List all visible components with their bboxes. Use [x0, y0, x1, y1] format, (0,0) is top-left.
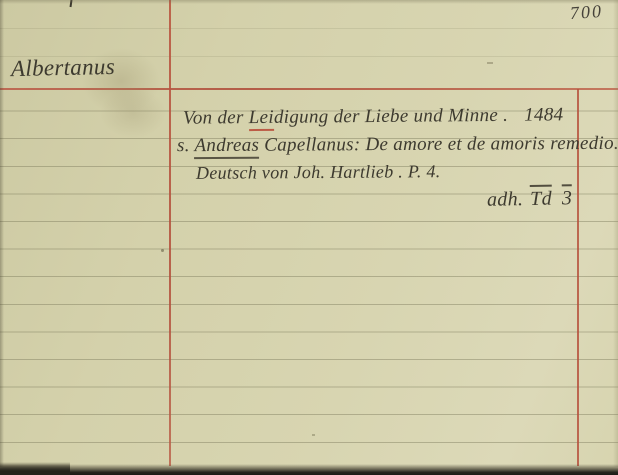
paper-speck: [161, 249, 164, 252]
paper-speck: [312, 434, 315, 436]
card-bottom-edge-shadow: [0, 464, 618, 475]
catalog-card: Albertanus 700 Von der Leidigung der Lie…: [0, 0, 618, 475]
card-top-edge: [0, 0, 618, 4]
paper-stain: [100, 88, 166, 138]
title-line: Von der Leidigung der Liebe und Minne .1…: [183, 104, 564, 129]
reference-pre: s.: [177, 135, 195, 156]
paper-speck: [487, 62, 493, 64]
title-post: digung der Liebe und Minne .: [274, 105, 508, 128]
card-left-edge: [0, 0, 4, 467]
shelfmark-class: Td: [530, 185, 552, 210]
reference-post: Capellanus: De amore et de amoris remedi…: [259, 133, 618, 156]
title-underlined-red: Lei: [249, 107, 274, 131]
title-pre: Von der: [183, 107, 249, 129]
author-heading: Albertanus: [11, 54, 115, 82]
shelfmark-prefix: adh.: [487, 188, 524, 211]
shelfmark-line: adh.Td3: [487, 187, 573, 211]
reference-underlined-name: Andreas: [194, 135, 259, 159]
card-bottom-edge-shadow-left: [0, 462, 70, 475]
card-number: 700: [569, 1, 603, 24]
shelfmark-number: 3: [562, 184, 573, 209]
faint-rule-line: [0, 28, 618, 29]
title-year: 1484: [524, 104, 563, 125]
card-right-edge: [613, 0, 618, 467]
translator-line: Deutsch von Joh. Hartlieb . P. 4.: [196, 161, 441, 184]
reference-line: s. Andreas Capellanus: De amore et de am…: [177, 133, 618, 157]
red-rule-vertical-left: [169, 0, 171, 466]
